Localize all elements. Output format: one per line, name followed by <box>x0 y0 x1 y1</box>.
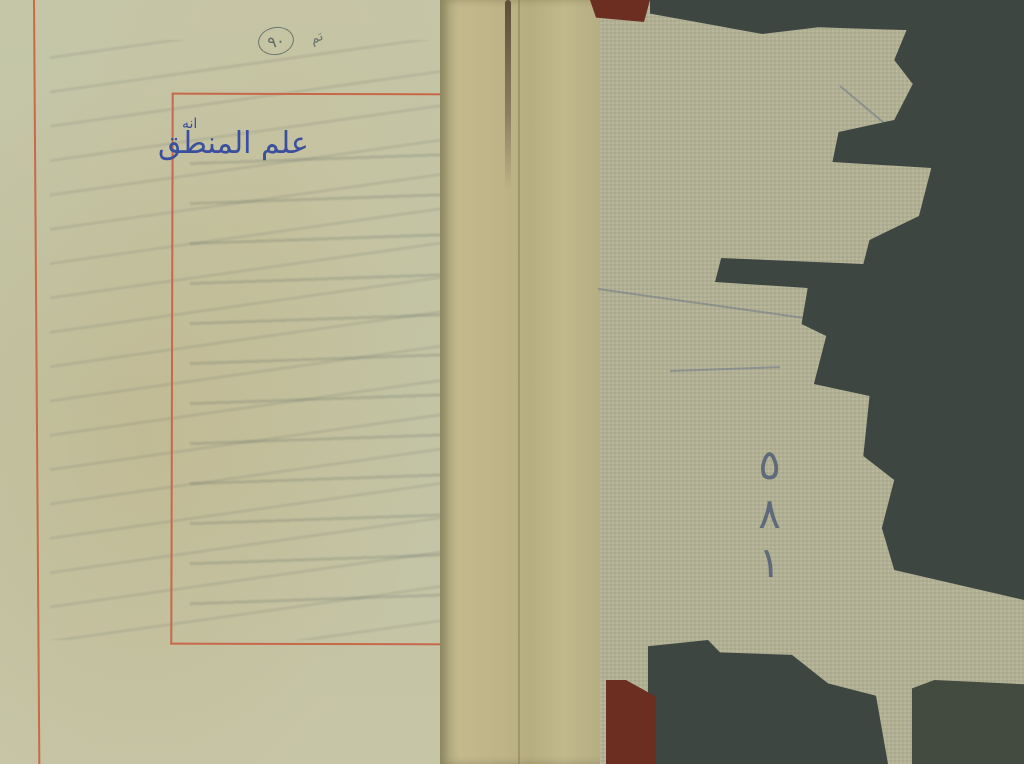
cloth-remnant-bottom-right <box>912 680 1024 764</box>
spine-tear <box>505 0 511 190</box>
spine-gutter <box>440 0 605 764</box>
spine-fold <box>518 0 520 764</box>
title-inscription: علم المنطق <box>158 126 309 161</box>
framed-script-lines <box>190 140 450 620</box>
red-margin-rule <box>33 0 40 764</box>
left-manuscript-page: انه علم المنطق ٩٠ تم <box>0 0 470 764</box>
manuscript-photo: انه علم المنطق ٩٠ تم ٥٨١ <box>0 0 1024 764</box>
pencil-numerals: ٥٨١ <box>745 440 793 587</box>
